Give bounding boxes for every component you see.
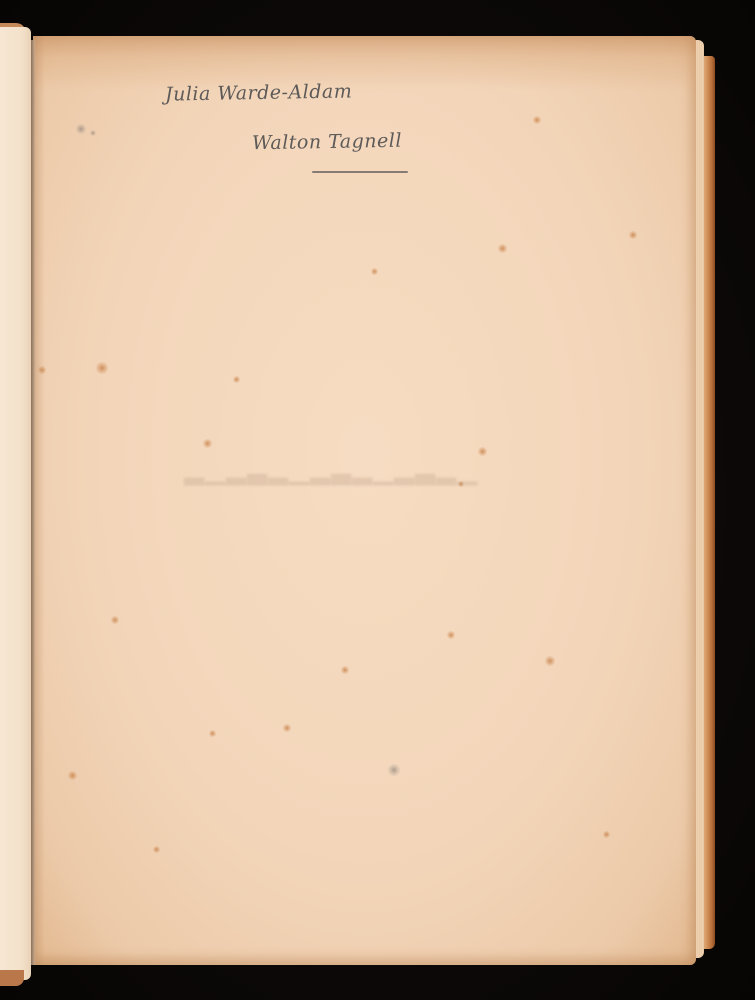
foxing-spot [153,846,160,853]
foxing-spot [603,831,610,838]
foxing-spot [90,130,96,136]
facing-cover-bottom-edge [0,970,24,986]
foxing-spot [38,366,46,374]
foxing-spot [76,124,86,134]
foxing-spot [341,666,349,674]
show-through-text: ▁▂▃▂▁▂▃▂▁▂▃▂▁▂ [183,456,477,486]
foxing-spot [111,616,119,624]
facing-page-left [0,27,31,980]
foxing-spot [68,771,77,780]
foxing-spot [533,116,541,124]
foxing-spot [233,376,240,383]
foxing-spot [629,231,637,239]
pencil-inscription-name-2: Walton Tagnell [252,130,402,155]
foxing-spot [388,764,400,776]
pencil-underline [312,171,408,173]
foxing-spot [203,439,212,448]
foxing-spot [478,447,487,456]
pencil-inscription-name-1: Julia Warde-Aldam [165,80,353,105]
book-photo: ▁▂▃▂▁▂▃▂▁▂▃▂▁▂ Julia Warde-Aldam Walton … [0,0,755,1000]
foxing-spot [96,362,108,374]
foxing-spot [283,724,291,732]
foxing-spot [371,268,378,275]
foxing-spot [498,244,507,253]
foxing-spot [447,631,455,639]
flyleaf-page: ▁▂▃▂▁▂▃▂▁▂▃▂▁▂ [33,36,696,965]
book-gutter [31,40,35,965]
foxing-spot [209,730,216,737]
foxing-spot [545,656,555,666]
